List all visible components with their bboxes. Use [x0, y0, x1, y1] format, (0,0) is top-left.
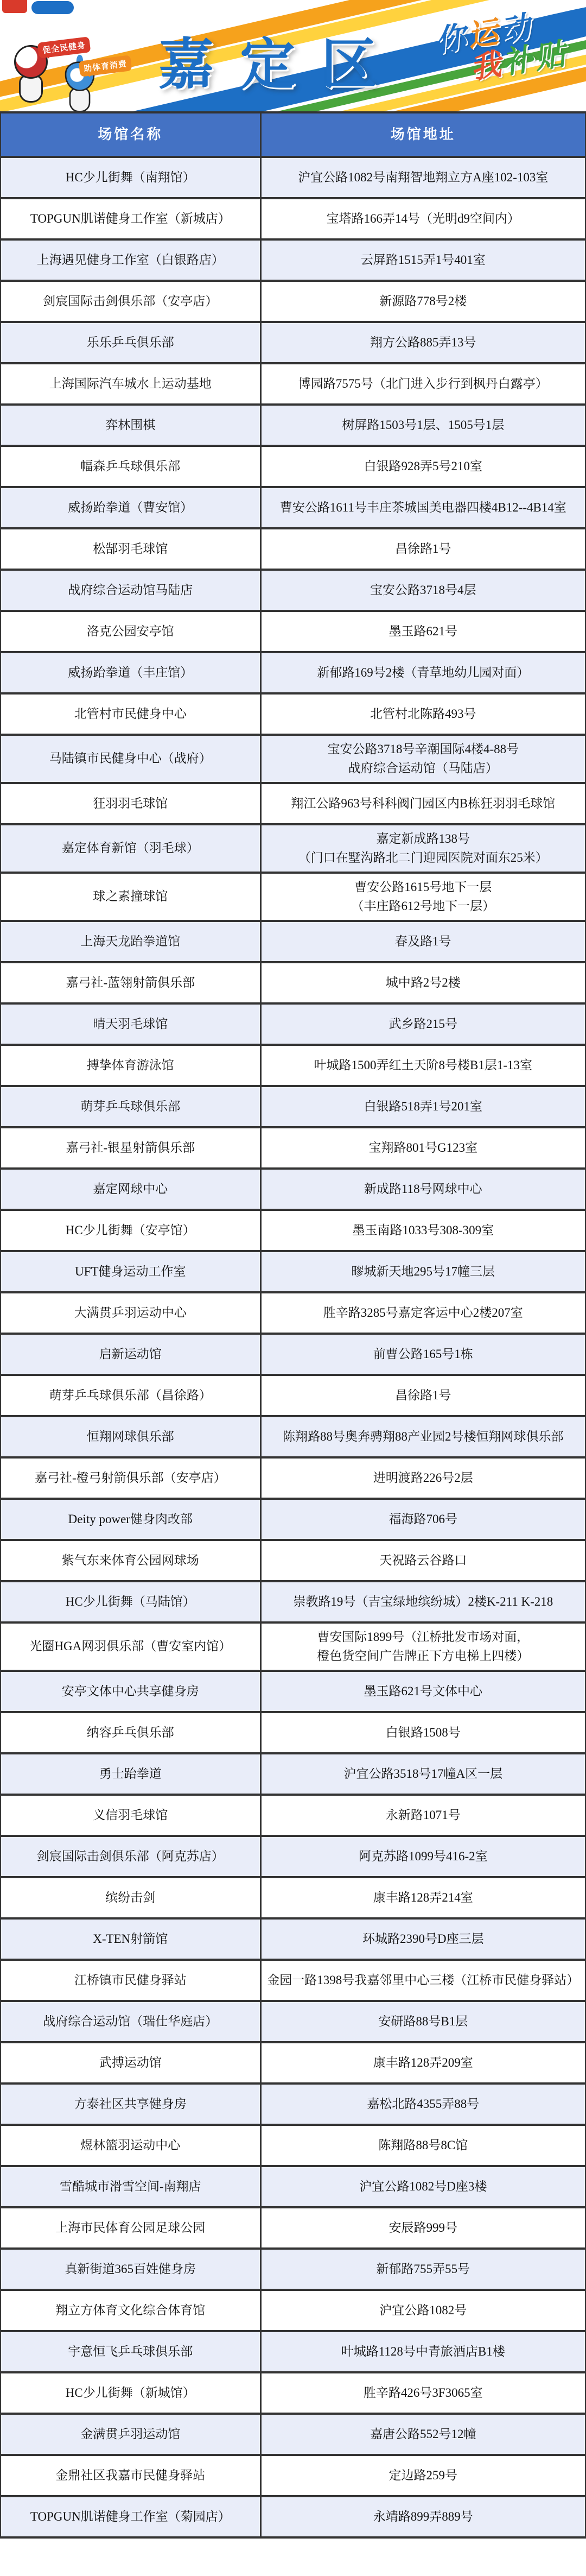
venue-address-cell: 陈翔路88号奥奔骋翔88产业园2号楼恒翔网球俱乐部: [262, 1417, 585, 1456]
venue-address-cell: 曹安公路1611号丰庄茶城国美电器四楼4B12--4B14室: [262, 488, 585, 527]
venue-address-cell: 春及路1号: [262, 922, 585, 961]
venue-name-cell: 洛克公园安亭馆: [1, 612, 262, 651]
venue-address-cell: 新源路778号2楼: [262, 282, 585, 321]
venue-name-cell: 球之素撞球馆: [1, 874, 262, 920]
venue-name-cell: TOPGUN肌诺健身工作室（新城店）: [1, 199, 262, 238]
venue-name-cell: 上海国际汽车城水上运动基地: [1, 364, 262, 403]
table-row: Deity power健身肉改部 福海路706号: [1, 1500, 585, 1541]
table-row: 松郜羽毛球馆 昌徐路1号: [1, 529, 585, 571]
venue-address-cell: 博园路7575号（北门进入步行到枫丹白露亭）: [262, 364, 585, 403]
corner-badge-blue: [31, 1, 74, 14]
venue-name-cell: 真新街道365百姓健身房: [1, 2250, 262, 2289]
venue-name-cell: 方泰社区共享健身房: [1, 2085, 262, 2124]
table-row: 狂羽羽毛球馆 翔江公路963号科科阀门园区内B栋狂羽羽毛球馆: [1, 784, 585, 825]
venue-address-cell: 北管村北陈路493号: [262, 694, 585, 734]
venue-name-cell: 义信羽毛球馆: [1, 1796, 262, 1835]
venue-name-cell: HC少儿街舞（安亭馆）: [1, 1211, 262, 1250]
venue-name-cell: 萌芽乒乓球俱乐部（昌徐路）: [1, 1376, 262, 1415]
table-row: 江桥镇市民健身驿站 金园一路1398号我嘉邻里中心三楼（江桥市民健身驿站）: [1, 1961, 585, 2002]
venue-address-cell: 墨玉南路1033号308-309室: [262, 1211, 585, 1250]
table-row: 马陆镇市民健身中心（战府） 宝安公路3718号辛潮国际4楼4-88号 战府综合运…: [1, 736, 585, 784]
venue-name-cell: 紫气东来体育公园网球场: [1, 1541, 262, 1580]
venue-address-cell: 沪宜公路1082号: [262, 2291, 585, 2330]
table-row: HC少儿街舞（新城馆） 胜辛路426号3F3065室: [1, 2373, 585, 2415]
venue-name-cell: 弈林围棋: [1, 406, 262, 445]
venue-address-cell: 嘉松北路4355弄88号: [262, 2085, 585, 2124]
table-row: 上海市民体育公园足球公园 安辰路999号: [1, 2208, 585, 2250]
venue-address-cell: 叶城路1128号中青旅酒店B1楼: [262, 2332, 585, 2371]
district-title: 嘉定区: [158, 21, 403, 100]
venue-name-cell: 战府综合运动馆（瑞仕华庭店）: [1, 2002, 262, 2041]
venue-name-cell: 嘉定体育新馆（羽毛球）: [1, 825, 262, 872]
table-row: 剑宸国际击剑俱乐部（安亭店） 新源路778号2楼: [1, 282, 585, 323]
speech-bubble-right: 助体育消费: [79, 55, 132, 77]
table-row: 威扬跆拳道（曹安馆） 曹安公路1611号丰庄茶城国美电器四楼4B12--4B14…: [1, 488, 585, 529]
venue-name-cell: 煜林篮羽运动中心: [1, 2126, 262, 2165]
table-row: HC少儿街舞（马陆馆） 崇教路19号（吉宝绿地缤纷城）2楼K-211 K-218: [1, 1582, 585, 1624]
venue-address-cell: 金园一路1398号我嘉邻里中心三楼（江桥市民健身驿站）: [262, 1961, 585, 2000]
table-row: 启新运动馆 前曹公路165号1栋: [1, 1335, 585, 1376]
venue-address-cell: 宝塔路166弄14号（光明d9空间内）: [262, 199, 585, 238]
table-row: 萌芽乒乓球俱乐部 白银路518弄1号201室: [1, 1087, 585, 1128]
table-row: 真新街道365百姓健身房 新郁路755弄55号: [1, 2250, 585, 2291]
table-row: 球之素撞球馆 曹安公路1615号地下一层 （丰庄路612号地下一层）: [1, 874, 585, 922]
venue-address-cell: 翔江公路963号科科阀门园区内B栋狂羽羽毛球馆: [262, 784, 585, 823]
mascots: 促全民健身 助体育消费: [4, 30, 129, 111]
table-row: 武搏运动馆 康丰路128弄209室: [1, 2043, 585, 2085]
table-row: 北管村市民健身中心 北管村北陈路493号: [1, 694, 585, 736]
venue-name-cell: 晴天羽毛球馆: [1, 1005, 262, 1044]
table-row: 战府综合运动馆马陆店 宝安公路3718号4层: [1, 571, 585, 612]
table-row: 上海天龙跆拳道馆 春及路1号: [1, 922, 585, 963]
table-row: 纳容乒乓俱乐部 白银路1508号: [1, 1713, 585, 1754]
venue-name-cell: 大满贯乒羽运动中心: [1, 1293, 262, 1333]
venue-address-cell: 疁城新天地295号17幢三层: [262, 1252, 585, 1291]
venue-name-cell: 萌芽乒乓球俱乐部: [1, 1087, 262, 1126]
venue-name-cell: TOPGUN肌诺健身工作室（菊园店）: [1, 2497, 262, 2536]
venue-address-cell: 武乡路215号: [262, 1005, 585, 1044]
venue-name-cell: 安亭文体中心共享健身房: [1, 1672, 262, 1711]
venue-address-cell: 曹安公路1615号地下一层 （丰庄路612号地下一层）: [262, 874, 585, 920]
venue-address-cell: 曹安国际1899号（江桥批发市场对面， 橙色货空间广告牌正下方电梯上四楼）: [262, 1624, 585, 1670]
venue-address-cell: 胜辛路426号3F3065室: [262, 2373, 585, 2413]
promo-page: 促全民健身 助体育消费 嘉定区 你运动 我补贴 场馆名称 场馆地址 HC少儿街舞…: [0, 0, 586, 2539]
venue-address-cell: 安辰路999号: [262, 2208, 585, 2247]
venue-name-cell: 勇士跆拳道: [1, 1754, 262, 1794]
table-row: TOPGUN肌诺健身工作室（新城店） 宝塔路166弄14号（光明d9空间内）: [1, 199, 585, 241]
venue-address-cell: 嘉唐公路552号12幢: [262, 2415, 585, 2454]
venue-address-cell: 环城路2390号D座三层: [262, 1920, 585, 1959]
venue-name-cell: 马陆镇市民健身中心（战府）: [1, 736, 262, 782]
banner: 促全民健身 助体育消费 嘉定区 你运动 我补贴: [0, 0, 586, 111]
table-row: 搏挚体育游泳馆 叶城路1500弄红土天阶8号楼B1层1-13室: [1, 1046, 585, 1087]
venue-name-cell: 上海市民体育公园足球公园: [1, 2208, 262, 2247]
venue-address-cell: 永新路1071号: [262, 1796, 585, 1835]
venue-address-cell: 新郁路755弄55号: [262, 2250, 585, 2289]
venue-name-cell: X-TEN射箭馆: [1, 1920, 262, 1959]
venue-address-cell: 胜辛路3285号嘉定客运中心2楼207室: [262, 1293, 585, 1333]
table-row: 金鼎社区我嘉市民健身驿站 定边路259号: [1, 2456, 585, 2497]
venue-address-cell: 宝翔路801号G123室: [262, 1128, 585, 1167]
table-header-row: 场馆名称 场馆地址: [1, 113, 585, 158]
table-row: 缤纷击剑 康丰路128弄214室: [1, 1878, 585, 1920]
venue-address-cell: 阿克苏路1099号416-2室: [262, 1837, 585, 1876]
venue-name-cell: 江桥镇市民健身驿站: [1, 1961, 262, 2000]
venue-name-cell: 威扬跆拳道（丰庄馆）: [1, 653, 262, 692]
table-row: 光圈HGA网羽俱乐部（曹安室内馆） 曹安国际1899号（江桥批发市场对面， 橙色…: [1, 1624, 585, 1672]
venue-address-cell: 翔方公路885弄13号: [262, 323, 585, 362]
venue-address-cell: 城中路2号2楼: [262, 963, 585, 1002]
venue-name-cell: UFT健身运动工作室: [1, 1252, 262, 1291]
venue-name-cell: 宇意恒飞乒乓球俱乐部: [1, 2332, 262, 2371]
venue-address-cell: 天祝路云谷路口: [262, 1541, 585, 1580]
venue-address-cell: 永靖路899弄889号: [262, 2497, 585, 2536]
venue-name-cell: 幅森乒乓球俱乐部: [1, 447, 262, 486]
venue-address-cell: 白银路518弄1号201室: [262, 1087, 585, 1126]
table-row: 嘉弓社-蓝翎射箭俱乐部 城中路2号2楼: [1, 963, 585, 1005]
venue-name-cell: 北管村市民健身中心: [1, 694, 262, 734]
venue-address-cell: 康丰路128弄214室: [262, 1878, 585, 1917]
venue-table-body: HC少儿街舞（南翔馆） 沪宜公路1082号南翔智地翔立方A座102-103室 T…: [1, 158, 585, 2539]
table-row: 威扬跆拳道（丰庄馆） 新郁路169号2楼（青草地幼儿园对面）: [1, 653, 585, 694]
venue-name-cell: 嘉弓社-银星射箭俱乐部: [1, 1128, 262, 1167]
table-row: 金满贯乒羽运动馆 嘉唐公路552号12幢: [1, 2415, 585, 2456]
table-row: 煜林篮羽运动中心 陈翔路88号8C馆: [1, 2126, 585, 2167]
venue-name-cell: 乐乐乒乓俱乐部: [1, 323, 262, 362]
venue-name-cell: 雪酷城市滑雪空间-南翔店: [1, 2167, 262, 2206]
table-row: 上海遇见健身工作室（白银路店） 云屏路1515弄1号401室: [1, 241, 585, 282]
table-row: 方泰社区共享健身房 嘉松北路4355弄88号: [1, 2085, 585, 2126]
venue-name-cell: 翔立方体育文化综合体育馆: [1, 2291, 262, 2330]
venue-name-cell: 搏挚体育游泳馆: [1, 1046, 262, 1085]
table-row: 萌芽乒乓球俱乐部（昌徐路） 昌徐路1号: [1, 1376, 585, 1417]
venue-name-cell: HC少儿街舞（新城馆）: [1, 2373, 262, 2413]
venue-address-cell: 昌徐路1号: [262, 1376, 585, 1415]
venue-address-cell: 昌徐路1号: [262, 529, 585, 569]
table-row: 翔立方体育文化综合体育馆 沪宜公路1082号: [1, 2291, 585, 2332]
table-row: 剑宸国际击剑俱乐部（阿克苏店） 阿克苏路1099号416-2室: [1, 1837, 585, 1878]
column-header-venue-address: 场馆地址: [262, 113, 585, 156]
corner-badge-red: [2, 0, 27, 13]
venue-address-cell: 嘉定新成路138号 （门口在墅沟路北二门迎园医院对面东25米）: [262, 825, 585, 872]
venue-name-cell: 嘉定网球中心: [1, 1170, 262, 1209]
table-row: 嘉弓社-银星射箭俱乐部 宝翔路801号G123室: [1, 1128, 585, 1170]
venue-name-cell: 剑宸国际击剑俱乐部（阿克苏店）: [1, 1837, 262, 1876]
table-row: 嘉定体育新馆（羽毛球） 嘉定新成路138号 （门口在墅沟路北二门迎园医院对面东2…: [1, 825, 585, 874]
venue-name-cell: HC少儿街舞（南翔馆）: [1, 158, 262, 197]
table-row: 义信羽毛球馆 永新路1071号: [1, 1796, 585, 1837]
venue-name-cell: 嘉弓社-橙弓射箭俱乐部（安亭店）: [1, 1459, 262, 1498]
table-row: 雪酷城市滑雪空间-南翔店 沪宜公路1082号D座3楼: [1, 2167, 585, 2208]
table-row: X-TEN射箭馆 环城路2390号D座三层: [1, 1920, 585, 1961]
table-row: 宇意恒飞乒乓球俱乐部 叶城路1128号中青旅酒店B1楼: [1, 2332, 585, 2373]
venue-address-cell: 白银路1508号: [262, 1713, 585, 1752]
table-row: 乐乐乒乓俱乐部 翔方公路885弄13号: [1, 323, 585, 364]
venue-address-cell: 树屏路1503号1层、1505号1层: [262, 406, 585, 445]
table-row: 安亭文体中心共享健身房 墨玉路621号文体中心: [1, 1672, 585, 1713]
venue-address-cell: 宝安公路3718号4层: [262, 571, 585, 610]
venue-name-cell: 战府综合运动馆马陆店: [1, 571, 262, 610]
venue-name-cell: 恒翔网球俱乐部: [1, 1417, 262, 1456]
venue-address-cell: 前曹公路165号1栋: [262, 1335, 585, 1374]
venue-name-cell: 嘉弓社-蓝翎射箭俱乐部: [1, 963, 262, 1002]
table-row: 晴天羽毛球馆 武乡路215号: [1, 1005, 585, 1046]
venue-address-cell: 白银路928弄5号210室: [262, 447, 585, 486]
venue-name-cell: 剑宸国际击剑俱乐部（安亭店）: [1, 282, 262, 321]
venue-address-cell: 沪宜公路1082号D座3楼: [262, 2167, 585, 2206]
table-row: 勇士跆拳道 沪宜公路3518号17幢A区一层: [1, 1754, 585, 1796]
table-row: 嘉定网球中心 新成路118号网球中心: [1, 1170, 585, 1211]
venue-name-cell: 武搏运动馆: [1, 2043, 262, 2082]
column-header-venue-name: 场馆名称: [1, 113, 262, 156]
venue-address-cell: 陈翔路88号8C馆: [262, 2126, 585, 2165]
table-row: 上海国际汽车城水上运动基地 博园路7575号（北门进入步行到枫丹白露亭）: [1, 364, 585, 406]
table-row: 嘉弓社-橙弓射箭俱乐部（安亭店） 进明渡路226号2层: [1, 1459, 585, 1500]
table-row: 弈林围棋 树屏路1503号1层、1505号1层: [1, 406, 585, 447]
venue-address-cell: 沪宜公路1082号南翔智地翔立方A座102-103室: [262, 158, 585, 197]
table-row: 洛克公园安亭馆 墨玉路621号: [1, 612, 585, 653]
venue-name-cell: 纳容乒乓俱乐部: [1, 1713, 262, 1752]
venue-name-cell: 金鼎社区我嘉市民健身驿站: [1, 2456, 262, 2495]
table-row: 大满贯乒羽运动中心 胜辛路3285号嘉定客运中心2楼207室: [1, 1293, 585, 1335]
venue-name-cell: 光圈HGA网羽俱乐部（曹安室内馆）: [1, 1624, 262, 1670]
table-row: UFT健身运动工作室 疁城新天地295号17幢三层: [1, 1252, 585, 1293]
venue-address-cell: 定边路259号: [262, 2456, 585, 2495]
venue-address-cell: 崇教路19号（吉宝绿地缤纷城）2楼K-211 K-218: [262, 1582, 585, 1621]
table-row: 战府综合运动馆（瑞仕华庭店） 安研路88号B1层: [1, 2002, 585, 2043]
table-row: 恒翔网球俱乐部 陈翔路88号奥奔骋翔88产业园2号楼恒翔网球俱乐部: [1, 1417, 585, 1459]
venue-address-cell: 云屏路1515弄1号401室: [262, 241, 585, 280]
speech-bubble-left: 促全民健身: [37, 36, 91, 58]
venue-address-cell: 进明渡路226号2层: [262, 1459, 585, 1498]
venue-address-cell: 宝安公路3718号辛潮国际4楼4-88号 战府综合运动馆（马陆店）: [262, 736, 585, 782]
venue-name-cell: 上海天龙跆拳道馆: [1, 922, 262, 961]
venue-address-cell: 安研路88号B1层: [262, 2002, 585, 2041]
venue-table: 场馆名称 场馆地址 HC少儿街舞（南翔馆） 沪宜公路1082号南翔智地翔立方A座…: [0, 111, 586, 2539]
venue-address-cell: 叶城路1500弄红土天阶8号楼B1层1-13室: [262, 1046, 585, 1085]
table-row: 紫气东来体育公园网球场 天祝路云谷路口: [1, 1541, 585, 1582]
venue-name-cell: 启新运动馆: [1, 1335, 262, 1374]
venue-address-cell: 新成路118号网球中心: [262, 1170, 585, 1209]
venue-address-cell: 墨玉路621号文体中心: [262, 1672, 585, 1711]
venue-address-cell: 沪宜公路3518号17幢A区一层: [262, 1754, 585, 1794]
venue-name-cell: 威扬跆拳道（曹安馆）: [1, 488, 262, 527]
venue-name-cell: 缤纷击剑: [1, 1878, 262, 1917]
venue-name-cell: HC少儿街舞（马陆馆）: [1, 1582, 262, 1621]
venue-address-cell: 福海路706号: [262, 1500, 585, 1539]
venue-name-cell: 狂羽羽毛球馆: [1, 784, 262, 823]
table-row: HC少儿街舞（安亭馆） 墨玉南路1033号308-309室: [1, 1211, 585, 1252]
venue-name-cell: Deity power健身肉改部: [1, 1500, 262, 1539]
venue-address-cell: 墨玉路621号: [262, 612, 585, 651]
venue-address-cell: 康丰路128弄209室: [262, 2043, 585, 2082]
venue-name-cell: 松郜羽毛球馆: [1, 529, 262, 569]
table-row: TOPGUN肌诺健身工作室（菊园店） 永靖路899弄889号: [1, 2497, 585, 2539]
venue-name-cell: 上海遇见健身工作室（白银路店）: [1, 241, 262, 280]
table-row: HC少儿街舞（南翔馆） 沪宜公路1082号南翔智地翔立方A座102-103室: [1, 158, 585, 199]
venue-name-cell: 金满贯乒羽运动馆: [1, 2415, 262, 2454]
venue-address-cell: 新郁路169号2楼（青草地幼儿园对面）: [262, 653, 585, 692]
table-row: 幅森乒乓球俱乐部 白银路928弄5号210室: [1, 447, 585, 488]
